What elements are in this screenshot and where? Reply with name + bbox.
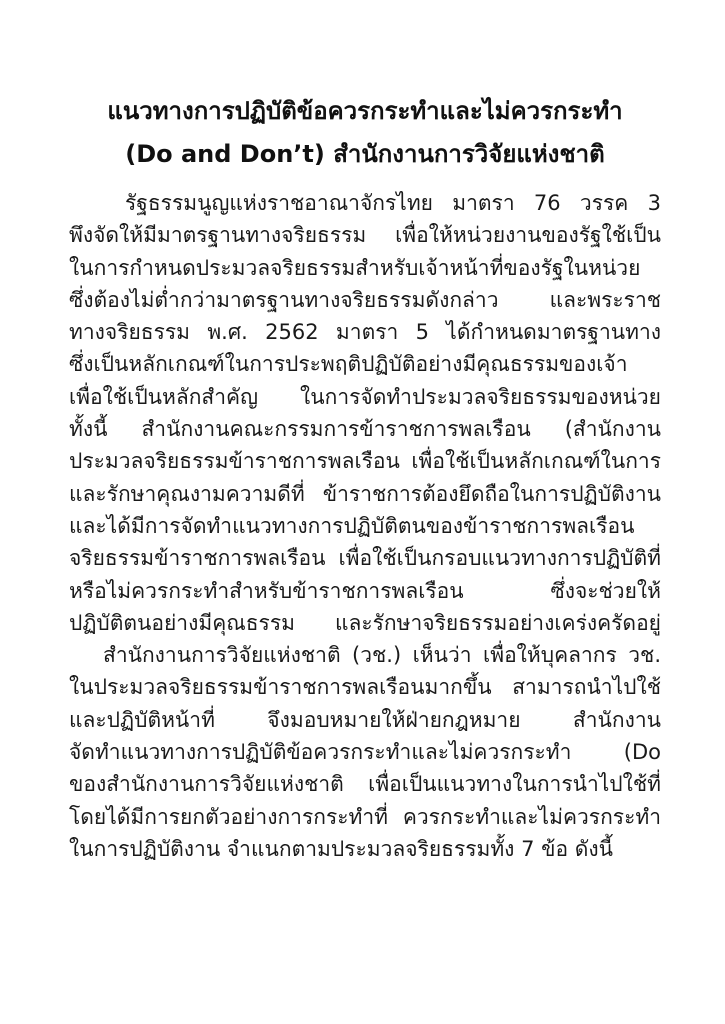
document-content: แนวทางการปฏิบัติข้อควรกระทำและไม่ควรกระท… bbox=[69, 90, 661, 865]
body-line: ในการกำหนดประมวลจริยธรรมสำหรับเจ้าหน้าที… bbox=[69, 252, 661, 284]
title-line-2: (Do and Don’t) สำนักงานการวิจัยแห่งชาติ bbox=[69, 133, 661, 176]
body-line: รัฐธรรมนูญแห่งราชอาณาจักรไทย มาตรา 76 วร… bbox=[69, 187, 661, 219]
body-line: ซึ่งเป็นหลักเกณฑ์ในการประพฤติปฏิบัติอย่า… bbox=[69, 348, 661, 380]
body-line: จริยธรรมข้าราชการพลเรือน เพื่อใช้เป็นกรอ… bbox=[69, 542, 661, 574]
body-line: โดยได้มีการยกตัวอย่างการกระทำที่ ควรกระท… bbox=[69, 801, 661, 833]
body-line: เพื่อใช้เป็นหลักสำคัญ ในการจัดทำประมวลจร… bbox=[69, 381, 661, 413]
body-line: หรือไม่ควรกระทำสำหรับข้าราชการพลเรือน ซึ… bbox=[69, 575, 661, 607]
body-line: และได้มีการจัดทำแนวทางการปฏิบัติตนของข้า… bbox=[69, 510, 661, 542]
body-line: ซึ่งต้องไม่ต่ำกว่ามาตรฐานทางจริยธรรมดังก… bbox=[69, 284, 661, 316]
body-line: ในการปฏิบัติงาน จำแนกตามประมวลจริยธรรมทั… bbox=[69, 833, 661, 865]
body-line: ทั้งนี้ สำนักงานคณะกรรมการข้าราชการพลเรื… bbox=[69, 413, 661, 445]
body-line: ของสำนักงานการวิจัยแห่งชาติ เพื่อเป็นแนว… bbox=[69, 768, 661, 800]
body-line: ปฏิบัติตนอย่างมีคุณธรรม และรักษาจริยธรรม… bbox=[69, 607, 661, 639]
paragraph-2: สำนักงานการวิจัยแห่งชาติ (วช.) เห็นว่า เ… bbox=[69, 639, 661, 865]
document-page: แนวทางการปฏิบัติข้อควรกระทำและไม่ควรกระท… bbox=[0, 0, 725, 1024]
body-line: ทางจริยธรรม พ.ศ. 2562 มาตรา 5 ได้กำหนดมา… bbox=[69, 316, 661, 348]
body-line: พึงจัดให้มีมาตรฐานทางจริยธรรม เพื่อให้หน… bbox=[69, 219, 661, 251]
body-line: และรักษาคุณงามความดีที่ ข้าราชการต้องยึด… bbox=[69, 478, 661, 510]
body-line: ประมวลจริยธรรมข้าราชการพลเรือน เพื่อใช้เ… bbox=[69, 445, 661, 477]
document-body: รัฐธรรมนูญแห่งราชอาณาจักรไทย มาตรา 76 วร… bbox=[69, 187, 661, 865]
body-line: และปฏิบัติหน้าที่ จึงมอบหมายให้ฝ่ายกฎหมา… bbox=[69, 704, 661, 736]
title-line-1: แนวทางการปฏิบัติข้อควรกระทำและไม่ควรกระท… bbox=[69, 90, 661, 133]
body-line: สำนักงานการวิจัยแห่งชาติ (วช.) เห็นว่า เ… bbox=[69, 639, 661, 671]
body-line: ในประมวลจริยธรรมข้าราชการพลเรือนมากขึ้น … bbox=[69, 671, 661, 703]
body-line: จัดทำแนวทางการปฏิบัติข้อควรกระทำและไม่คว… bbox=[69, 736, 661, 768]
document-title: แนวทางการปฏิบัติข้อควรกระทำและไม่ควรกระท… bbox=[69, 90, 661, 176]
paragraph-1: รัฐธรรมนูญแห่งราชอาณาจักรไทย มาตรา 76 วร… bbox=[69, 187, 661, 639]
